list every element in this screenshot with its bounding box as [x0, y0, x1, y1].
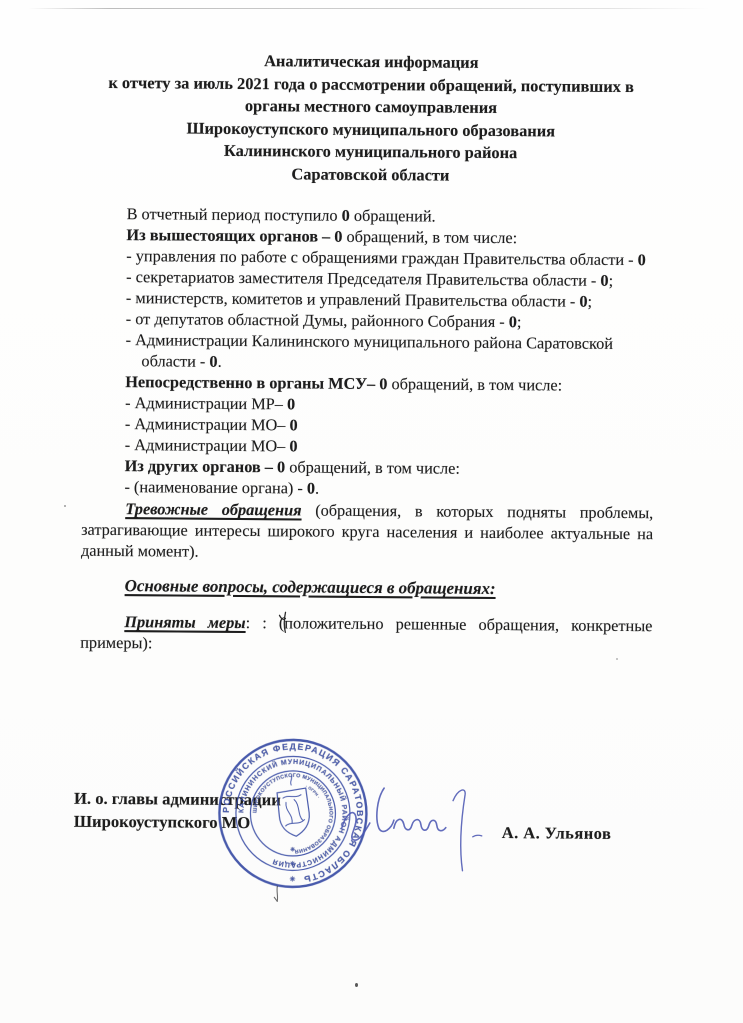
count-value: 0 — [289, 415, 297, 434]
stamp-inner-ring-text: ШИРОКОУСТУПСКОГО МУНИЦИПАЛЬНОГО ОБРАЗОВА… — [252, 773, 334, 855]
signatory-name: А. А. Ульянов — [502, 823, 612, 844]
stamp-star-separator: ✳ — [290, 860, 296, 868]
count-value: 0 — [579, 292, 587, 311]
stamp-star-separator: ✳ — [289, 875, 295, 883]
pen-tick-mark — [276, 609, 292, 635]
count-value: 0 — [287, 394, 295, 413]
count-value: 0 — [307, 479, 315, 498]
stamp-star-separator: ✳ — [290, 846, 295, 853]
count-value: 0 — [638, 250, 646, 269]
count-value: 0 — [289, 436, 297, 455]
scan-speck — [355, 983, 358, 987]
report-item: - (наименование органа) - 0. — [124, 476, 656, 501]
handwritten-signature — [331, 770, 492, 881]
scanned-page: Аналитическая информация к отчету за июл… — [0, 0, 743, 1023]
document-content: Аналитическая информация к отчету за июл… — [0, 0, 743, 1023]
main-questions-heading: Основные вопросы, содержащиеся в обращен… — [81, 575, 653, 600]
pen-stray-mark — [271, 885, 283, 905]
stamp-coat-of-arms — [276, 774, 312, 838]
document-title: Аналитическая информация к отчету за июл… — [0, 48, 743, 189]
scan-speck — [64, 505, 66, 507]
report-body: В отчетный период поступило 0 обращений.… — [124, 203, 658, 501]
title-line: Саратовской области — [0, 161, 742, 189]
alarm-appeals-lead: Тревожные обращения — [125, 499, 301, 519]
measures-paragraph: Приняты меры: : (положительно решенные о… — [80, 612, 652, 658]
count-value: 0 — [600, 271, 608, 290]
svg-text:ШИРОКОУСТУПСКОГО МУНИЦИПАЛЬНОГ: ШИРОКОУСТУПСКОГО МУНИЦИПАЛЬНОГО ОБРАЗОВА… — [252, 773, 334, 855]
alarm-appeals-paragraph: Тревожные обращения (обращения, в которы… — [81, 499, 653, 566]
measures-lead: Приняты меры — [124, 612, 245, 632]
scan-speck — [616, 658, 618, 660]
